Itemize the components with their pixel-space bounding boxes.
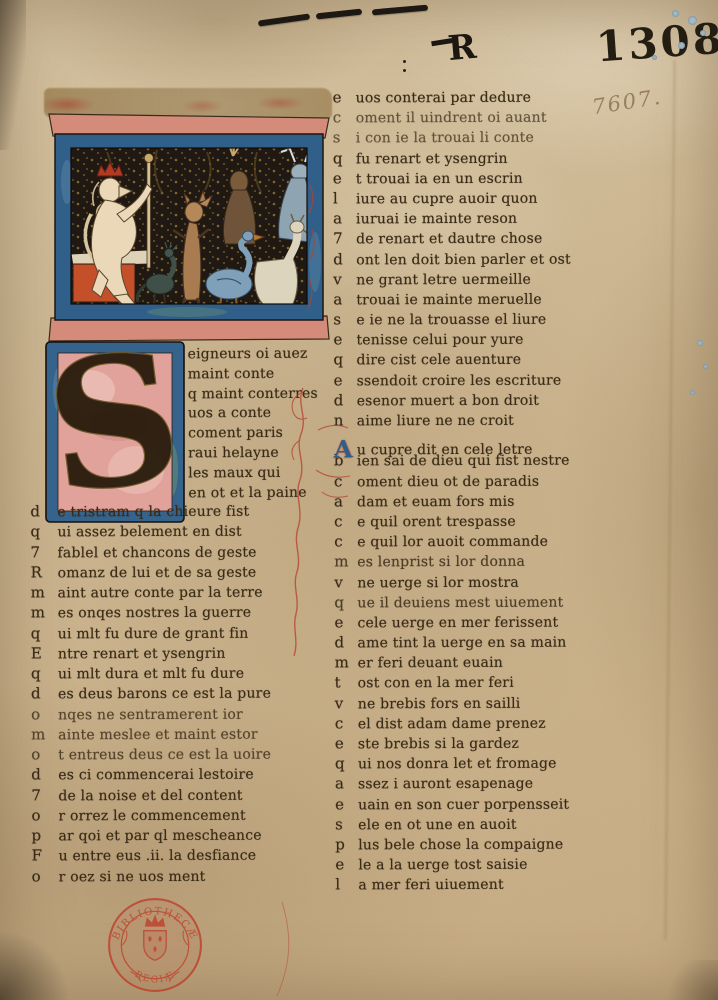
line-initial: p <box>31 826 58 844</box>
line-initial: s <box>333 129 356 147</box>
line-initial: s <box>335 815 358 833</box>
line-text: aime liure ne ne croit <box>357 413 514 430</box>
line-initial: q <box>333 149 356 167</box>
line-text: ne grant letre uermeille <box>356 271 531 288</box>
library-stamp: BIBLIOTHECÆ REGIÆ <box>106 896 204 994</box>
line-text: e quil orent trespasse <box>357 514 516 531</box>
line-text: ont len doit bien parler et ost <box>356 251 571 268</box>
text-line: plus bele chose la compaigne <box>335 835 573 856</box>
line-initial: e <box>333 169 356 187</box>
text-line: dame tint la uerge en sa main <box>334 633 572 654</box>
line-initial: d <box>334 391 357 409</box>
text-line: q maint conterres <box>188 385 318 405</box>
paraph-mark: R <box>446 27 476 69</box>
line-text: esenor muert a bon droit <box>357 393 539 410</box>
line-text: cele uerge en mer ferissent <box>357 615 558 632</box>
line-initial: F <box>32 847 59 865</box>
line-initial: q <box>31 624 58 642</box>
line-text: iure au cupre auoir quon <box>356 191 538 208</box>
line-initial: m <box>334 553 357 571</box>
text-line: aiuruai ie mainte reson <box>333 209 571 230</box>
line-initial: q <box>30 523 57 541</box>
text-line: cel dist adam dame prenez <box>335 713 573 734</box>
text-line: etenisse celui pour yure <box>333 330 571 351</box>
line-text: ost con en la mer feri <box>358 675 514 692</box>
text-line: dont len doit bien parler et ost <box>333 249 571 270</box>
crown <box>97 162 123 176</box>
line-text: ien sai de dieu qui fist nestre <box>357 453 570 470</box>
text-line: 7de la noise et del content <box>31 785 271 806</box>
text-line: si con ie la trouai li conte <box>333 128 571 149</box>
line-initial: l <box>335 876 358 894</box>
left-column-opening-lines: eigneurs oi auezmaint conteq maint conte… <box>188 346 319 505</box>
text-line: assez i auront esapenage <box>335 774 573 795</box>
text-line: qdire cist cele auenture <box>334 350 572 371</box>
folio-number: 1308 <box>594 14 718 72</box>
line-text: ui mlt dura et mlt fu dure <box>58 666 244 683</box>
line-initial: m <box>31 725 58 743</box>
line-initial: d <box>31 766 58 784</box>
line-text: de renart et dautre chose <box>356 231 542 248</box>
text-line: desenor muert a bon droit <box>334 390 572 411</box>
text-line: eigneurs oi auez <box>188 346 318 366</box>
text-line: Romanz de lui et de sa geste <box>31 562 271 583</box>
line-initial: d <box>31 685 58 703</box>
text-line: bien sai de dieu qui fist nestre <box>334 451 572 472</box>
text-line: atrouai ie mainte meruelle <box>333 289 571 310</box>
text-line: de tristram q la chieure fist <box>30 502 270 523</box>
line-initial: a <box>333 290 356 308</box>
line-text: uos conterai par dedure <box>356 90 532 107</box>
miniature-lion-court <box>46 112 332 342</box>
text-line: euos conterai par dedure <box>333 88 571 109</box>
worm-hole <box>652 55 657 60</box>
text-line: or oez si ne uos ment <box>32 866 272 887</box>
line-text: en ot et la paine <box>188 484 306 501</box>
text-line: naime liure ne ne croit <box>334 411 572 432</box>
text-line: par qoi et par ql mescheance <box>31 826 271 847</box>
line-initial: n <box>334 411 357 429</box>
text-line: tost con en la mer feri <box>335 673 573 694</box>
line-text: t trouai ia en un escrin <box>356 171 523 188</box>
text-line: raui helayne <box>188 445 318 465</box>
line-initial: e <box>335 795 358 813</box>
line-text: a mer feri uiuement <box>358 877 503 894</box>
line-text: ssez i auront esapenage <box>358 776 533 793</box>
line-text: le a la uerge tost saisie <box>358 857 527 874</box>
worm-hole <box>700 30 706 36</box>
line-text: ntre renart et ysengrin <box>58 645 226 662</box>
line-text: ele en ot une en auoit <box>358 817 517 834</box>
line-initial: v <box>333 270 356 288</box>
text-line: mes onqes nostres la guerre <box>31 603 271 624</box>
stamp-shield <box>144 931 166 961</box>
line-text: oment il uindrent oi auant <box>356 110 547 127</box>
line-text: r orrez le commencement <box>58 807 245 824</box>
text-line: mainte meslee et maint estor <box>31 724 271 745</box>
line-text: ne brebis fors en sailli <box>358 695 521 712</box>
line-initial: p <box>335 835 358 853</box>
line-initial: a <box>334 492 357 510</box>
ink-dots <box>403 60 406 74</box>
text-line: liure au cupre auoir quon <box>333 189 571 210</box>
line-initial: e <box>335 855 358 873</box>
line-initial: o <box>31 806 58 824</box>
line-initial: a <box>333 209 356 227</box>
line-text: ue il deuiens mest uiuement <box>357 594 563 611</box>
line-text: nqes ne sentramerent ior <box>58 706 243 723</box>
line-text: ssendoit croire les escriture <box>357 372 562 389</box>
text-line: qfu renart et ysengrin <box>333 148 571 169</box>
line-initial: 7 <box>333 230 356 248</box>
line-initial: c <box>335 714 358 732</box>
text-line: ot entreus deus ce est la uoire <box>31 745 271 766</box>
line-text: dam et euam fors mis <box>357 494 515 511</box>
line-text: q maint conterres <box>188 385 318 402</box>
text-line: qui mlt dura et mlt fu dure <box>31 664 271 685</box>
line-text: el dist adam dame prenez <box>358 715 546 732</box>
line-initial: e <box>334 613 357 631</box>
text-line: la mer feri uiuement <box>335 875 573 896</box>
text-line: que il deuiens mest uiuement <box>334 592 572 613</box>
line-initial: c <box>333 109 356 127</box>
worm-hole <box>690 390 695 395</box>
line-initial: 7 <box>30 543 57 561</box>
text-line: qui assez belement en dist <box>30 522 270 543</box>
line-text: lus bele chose la compaigne <box>358 837 563 854</box>
line-text: de la noise et del content <box>58 787 242 804</box>
line-text: aint autre conte par la terre <box>58 585 263 602</box>
line-text: trouai ie mainte meruelle <box>356 292 542 309</box>
line-initial: a <box>335 775 358 793</box>
line-initial: d <box>333 250 356 268</box>
line-text: ame tint la uerge en sa main <box>358 635 567 652</box>
text-line: coment paris <box>188 425 318 445</box>
line-text: t entreus deus ce est la uoire <box>58 747 271 764</box>
line-initial: o <box>31 705 58 723</box>
text-line: vne brebis fors en sailli <box>335 693 573 714</box>
line-text: tenisse celui pour yure <box>356 332 523 349</box>
line-text: u entre eus .ii. la desfiance <box>59 848 257 865</box>
line-text: ui mlt fu dure de grant fin <box>58 625 249 642</box>
line-text: dire cist cele auenture <box>357 352 522 369</box>
text-line: maint conte <box>188 365 318 385</box>
text-line: vne grant letre uermeille <box>333 269 571 290</box>
line-text: fu renart et ysengrin <box>356 150 508 167</box>
text-line: qui nos donra let et fromage <box>335 754 573 775</box>
text-line: or orrez le commencement <box>31 805 271 826</box>
text-line: mer feri deuant euain <box>335 653 573 674</box>
line-initial: o <box>32 867 59 885</box>
text-line: ele a la uerge tost saisie <box>335 855 573 876</box>
worm-hole <box>703 364 708 369</box>
line-text: omanz de lui et de sa geste <box>58 564 257 581</box>
text-line: ecele uerge en mer ferissent <box>334 612 572 633</box>
text-line: mes lenprist si lor donna <box>334 552 572 573</box>
line-initial: e <box>335 734 358 752</box>
line-initial: v <box>334 573 357 591</box>
text-line: essendoit croire les escriture <box>334 370 572 391</box>
line-text: es onqes nostres la guerre <box>58 605 252 622</box>
line-text: er feri deuant euain <box>358 655 503 672</box>
text-line: coment dieu ot de paradis <box>334 471 572 492</box>
line-initial: d <box>30 502 57 520</box>
text-line: uos a conte <box>188 405 318 425</box>
line-initial: m <box>335 654 358 672</box>
line-initial: q <box>335 755 358 773</box>
line-text: es deus barons ce est la pure <box>58 686 271 703</box>
line-initial: R <box>31 563 58 581</box>
line-initial: s <box>333 310 356 328</box>
line-initial: l <box>333 189 356 207</box>
line-text: ste brebis si la gardez <box>358 736 519 753</box>
line-initial: v <box>335 694 358 712</box>
line-text: maint conte <box>188 366 275 382</box>
text-line: des deus barons ce est la pure <box>31 684 271 705</box>
line-text: fablel et chancons de geste <box>57 544 256 561</box>
line-text: r oez si ne uos ment <box>59 868 206 885</box>
text-line: este brebis si la gardez <box>335 734 573 755</box>
text-line: 7fablel et chancons de geste <box>30 542 270 563</box>
line-initial: e <box>333 88 356 106</box>
line-text: ui assez belement en dist <box>57 524 241 541</box>
text-line: onqes ne sentramerent ior <box>31 704 271 725</box>
text-line: Entre renart et ysengrin <box>31 643 271 664</box>
text-line: les maux qui <box>188 464 318 484</box>
manuscript-page: R 1308 7607. <box>0 0 718 1000</box>
line-text: i con ie la trouai li conte <box>356 130 534 147</box>
line-initial: 7 <box>31 786 58 804</box>
line-initial: o <box>31 745 58 763</box>
line-initial: q <box>334 593 357 611</box>
worm-hole <box>672 10 679 17</box>
initial-letter-s: S <box>44 340 186 524</box>
line-initial: E <box>31 644 58 662</box>
line-text: ainte meslee et maint estor <box>58 726 258 743</box>
text-line: Au cupre dit en cele letre <box>334 431 572 452</box>
text-line: 7de renart et dautre chose <box>333 229 571 250</box>
worm-hole <box>678 42 685 49</box>
text-line: Fu entre eus .ii. la desfiance <box>32 846 272 867</box>
scepter <box>147 162 151 268</box>
svg-text:S: S <box>44 340 186 524</box>
text-line: sele en ot une en auoit <box>335 814 573 835</box>
text-line: coment il uindrent oi auant <box>333 108 571 129</box>
line-initial: t <box>335 674 358 692</box>
text-line: qui mlt fu dure de grant fin <box>31 623 271 644</box>
line-initial: q <box>334 351 357 369</box>
text-line: euain en son cuer porpensseit <box>335 794 573 815</box>
decorated-initial: A <box>334 435 357 464</box>
worm-hole <box>697 340 703 346</box>
line-initial: q <box>31 664 58 682</box>
line-text: iuruai ie mainte reson <box>356 211 517 228</box>
line-text: eigneurs oi auez <box>188 346 308 363</box>
line-initial: e <box>334 371 357 389</box>
line-initial: c <box>334 472 357 490</box>
line-initial: c <box>334 532 357 550</box>
text-line: adam et euam fors mis <box>334 491 572 512</box>
line-text: e tristram q la chieure fist <box>57 504 249 521</box>
line-text: ne uerge si lor mostra <box>357 574 519 591</box>
line-text: es lenprist si lor donna <box>357 554 525 571</box>
line-text: es ci commencerai lestoire <box>58 767 254 784</box>
line-initial: m <box>31 583 58 601</box>
text-line: se ie ne la trouasse el liure <box>333 310 571 331</box>
right-text-column: euos conterai par dedurecoment il uindre… <box>333 88 573 896</box>
line-text: raui helayne <box>188 445 279 461</box>
line-text: uain en son cuer porpensseit <box>358 796 569 813</box>
line-text: e quil lor auoit commande <box>357 534 548 551</box>
line-text: uos a conte <box>188 405 271 421</box>
line-initial: c <box>334 512 357 530</box>
line-text: oment dieu ot de paradis <box>357 473 539 490</box>
line-text: coment paris <box>188 425 283 441</box>
text-line: des ci commencerai lestoire <box>31 765 271 786</box>
line-text: les maux qui <box>188 465 280 481</box>
line-initial: m <box>31 604 58 622</box>
worm-hole <box>688 16 697 25</box>
text-line: ce quil lor auoit commande <box>334 532 572 553</box>
line-text: e ie ne la trouasse el liure <box>356 312 546 329</box>
text-line: ce quil orent trespasse <box>334 512 572 533</box>
line-initial: d <box>334 633 357 651</box>
line-text: ar qoi et par ql mescheance <box>58 828 261 845</box>
line-text: ui nos donra let et fromage <box>358 756 557 773</box>
line-initial: e <box>333 331 356 349</box>
text-line: et trouai ia en un escrin <box>333 168 571 189</box>
text-line: vne uerge si lor mostra <box>334 572 572 593</box>
left-text-column: de tristram q la chieure fistqui assez b… <box>30 502 271 888</box>
text-line: maint autre conte par la terre <box>31 583 271 604</box>
